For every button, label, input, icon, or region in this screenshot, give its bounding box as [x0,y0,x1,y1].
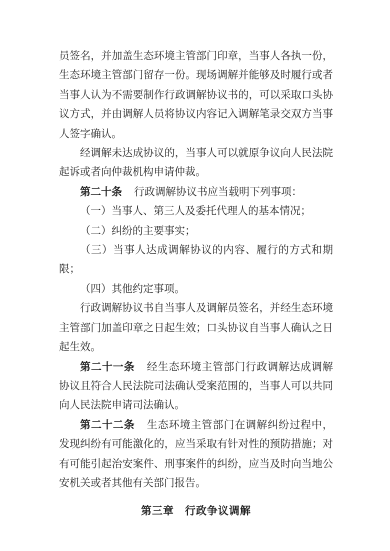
paragraph: 行政调解协议书自当事人及调解员签名，并经生态环境主管部门加盖印章之日起生效；口头… [59,299,333,357]
paragraph: （四）其他约定事项。 [59,280,333,299]
paragraph: （一）当事人、第三人及委托代理人的基本情况； [59,202,333,221]
paragraph: 第二十二条生态环境主管部门在调解纠纷过程中，发现纠纷有可能激化的，应当采取有针对… [59,416,333,494]
paragraph-text: 行政调解协议书应当载明下列事项： [134,186,302,198]
paragraph: （三）当事人达成调解协议的内容、履行的方式和期限； [59,241,333,280]
paragraph-text: 经调解未达成协议的，当事人可以就原争议向人民法院起诉或者向仲裁机构申请仲裁。 [59,147,333,178]
article-number: 第二十一条 [80,361,147,373]
paragraph: 员签名，并加盖生态环境主管部门印章，当事人各执一份，生态环境主管部门留存一份。现… [59,47,333,144]
article-number: 第二十二条 [80,419,147,431]
paragraph: 经调解未达成协议的，当事人可以就原争议向人民法院起诉或者向仲裁机构申请仲裁。 [59,144,333,183]
paragraph-text: （四）其他约定事项。 [80,283,185,295]
paragraph-text: 员签名，并加盖生态环境主管部门印章，当事人各执一份，生态环境主管部门留存一份。现… [59,50,333,140]
chapter-heading: 第三章 行政争议调解 [59,502,333,521]
paragraph-text: 行政调解协议书自当事人及调解员签名，并经生态环境主管部门加盖印章之日起生效；口头… [59,302,333,353]
paragraph: （二）纠纷的主要事实； [59,222,333,241]
paragraph-text: （三）当事人达成调解协议的内容、履行的方式和期限； [59,244,333,275]
document-page: 员签名，并加盖生态环境主管部门印章，当事人各执一份，生态环境主管部门留存一份。现… [0,0,390,551]
paragraph: 第二十条行政调解协议书应当载明下列事项： [59,183,333,202]
document-body: 员签名，并加盖生态环境主管部门印章，当事人各执一份，生态环境主管部门留存一份。现… [59,47,333,493]
paragraph: 第二十一条经生态环境主管部门行政调解达成调解协议且符合人民法院司法确认受案范围的… [59,358,333,416]
paragraph-text: （一）当事人、第三人及委托代理人的基本情况； [80,205,311,217]
article-number: 第二十条 [80,186,134,198]
paragraph-text: （二）纠纷的主要事实； [80,225,196,237]
